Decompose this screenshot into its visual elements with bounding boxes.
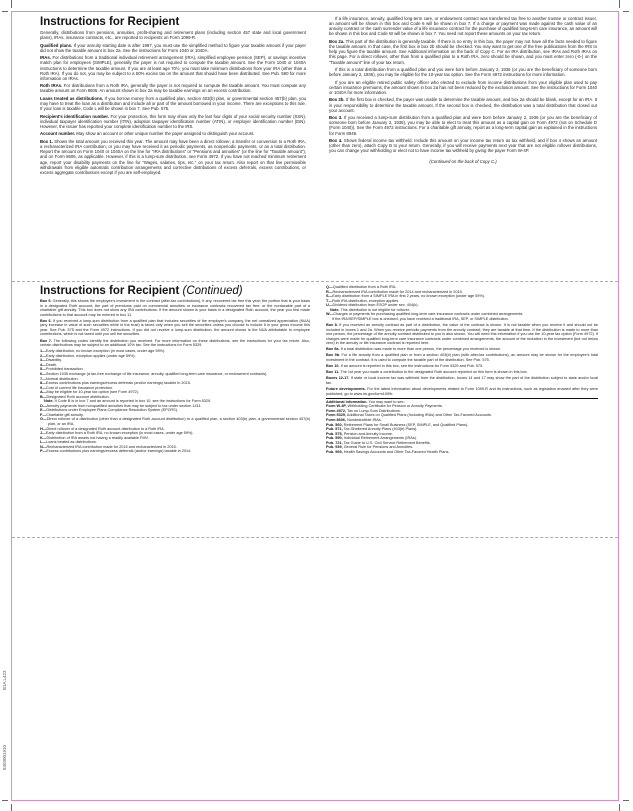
code-description: Annuity payments from nonqualified annui…	[47, 404, 202, 408]
continued-title-text: Instructions for Recipient	[40, 285, 179, 297]
top-left-column: Instructions for Recipient Generally, di…	[40, 16, 306, 177]
distribution-code: G—Direct rollover of a distribution (oth…	[40, 417, 310, 426]
reference-title: Individual Retirement Arrangements (IRAs…	[343, 436, 417, 440]
code-description: Charges or payments for purchasing quali…	[333, 312, 523, 316]
code-letter: G—	[40, 417, 47, 421]
reference-name: Form 5329,	[326, 413, 346, 417]
code-description: May be eligible for 10-year tax option (…	[47, 390, 139, 394]
paragraph: Qualified plans. If your annuity startin…	[40, 43, 306, 53]
code-description: Recharacterized IRA contribution made fo…	[47, 445, 177, 449]
paragraph: Boxes 12-17. If state or local income ta…	[326, 376, 598, 385]
reference-name: Form 8606,	[326, 418, 346, 422]
reference-name: Form W-4P,	[326, 404, 347, 408]
paragraph: If a life insurance, annuity, qualified …	[329, 16, 597, 37]
paragraph-text: If an amount is reported in this box, se…	[340, 364, 484, 368]
paragraph-heading: Box 5.	[40, 299, 51, 303]
reference-title: General Rule for Pensions and Annuities.	[343, 445, 414, 449]
crop-mark-top-left	[11, 0, 12, 8]
paragraph-text: For distributions from a traditional ind…	[40, 55, 306, 81]
paragraph-heading: Box 6.	[40, 319, 52, 323]
paragraph-text: If the IRA/SEP/SIMPLE box is checked, yo…	[332, 317, 509, 321]
paragraph-heading: Box 11.	[326, 370, 339, 374]
paragraph-heading: Box 9b.	[326, 353, 340, 357]
reference-name: Pub. 590,	[326, 436, 343, 440]
additional-information: Additional information. You may want to …	[326, 400, 598, 455]
code-letter: Q—	[326, 285, 333, 289]
crop-mark-top-right	[619, 0, 620, 8]
code-description: Cost of current life insurance protectio…	[46, 386, 113, 390]
paragraph-text: If a life insurance, annuity, qualified …	[329, 16, 597, 36]
note-label: Note.	[330, 308, 340, 312]
distribution-code: P—Excess contributions plus earnings/exc…	[40, 449, 310, 454]
code-description: Early distribution, exception applies (u…	[46, 354, 136, 358]
page-title: Instructions for Recipient	[40, 16, 306, 29]
paragraph-text: Shows federal income tax withheld. Inclu…	[329, 138, 597, 153]
paragraph: Box 2b. If the first box is checked, the…	[329, 97, 597, 112]
paragraph: Generally, distributions from pensions, …	[40, 30, 306, 40]
reference-title: Health Savings Accounts and Other Tax-Fa…	[343, 450, 450, 454]
paragraph: If this is a total distribution from a q…	[329, 67, 597, 77]
code-description: Normal distribution.	[46, 377, 79, 381]
code-description: Direct rollover of a designated Roth acc…	[47, 427, 165, 431]
code-description: Prohibited transaction.	[46, 367, 84, 371]
code-description: Dividend distribution from ESOP under se…	[333, 303, 419, 307]
paragraph: If you are an eligible retired public sa…	[329, 80, 597, 95]
paragraph-heading: Future developments.	[326, 387, 366, 391]
paragraph-text: If a total distribution was made to more…	[340, 347, 502, 351]
code-description: Early distribution from a Roth IRA, no k…	[46, 431, 194, 435]
paragraph: Box 11. The 1st year you made a contribu…	[326, 370, 598, 375]
note-text: If Code B is in box 7 and an amount is r…	[54, 399, 212, 403]
paragraph-heading: Box 10.	[326, 364, 340, 368]
paragraph: If the IRA/SEP/SIMPLE box is checked, yo…	[326, 317, 598, 322]
crop-mark-bottom-right	[619, 804, 620, 811]
form-number-vertical: 8403001910	[2, 745, 7, 770]
code-description: Early distribution from a SIMPLE IRA in …	[332, 294, 485, 298]
paragraph-text: If this is a total distribution from a q…	[329, 67, 597, 77]
note-text: This distribution is not eligible for ro…	[340, 308, 410, 312]
paragraph: Box 1. Shows the total amount you receiv…	[40, 139, 306, 175]
reference-name: Pub. 969,	[326, 450, 343, 454]
crop-mark-bottom-left	[11, 804, 12, 811]
code-description: Loans treated as distributions.	[46, 440, 97, 444]
paragraph: Box 7. The following codes identify the …	[40, 339, 310, 348]
paragraph-heading: Box 9a.	[326, 347, 340, 351]
paragraph-heading: Box 7.	[40, 339, 52, 343]
paragraph-heading: Boxes 12-17.	[326, 376, 349, 380]
paragraph: Box 5. Generally, this shows the employe…	[40, 299, 310, 317]
reference-name: Pub. 571,	[326, 427, 343, 431]
form-code-vertical: B1A L423	[2, 670, 7, 690]
reference-name: Pub. 939,	[326, 445, 343, 449]
reference-name: Form 4972,	[326, 409, 346, 413]
reference-title: Additional Taxes on Qualified Plans (Inc…	[346, 413, 492, 417]
paragraph: IRAs. For distributions from a tradition…	[40, 55, 306, 81]
crop-mark-top-right-h	[623, 11, 629, 12]
reference-name: Pub. 560,	[326, 423, 343, 427]
code-description: Distributions under Employee Plans Compl…	[46, 408, 178, 412]
paragraph-text: Generally, distributions from pensions, …	[40, 30, 306, 40]
paragraph-text: If you received a lump-sum distribution …	[40, 319, 310, 337]
reference-title: Tax on Lump-Sum Distributions.	[346, 409, 401, 413]
code-description: Direct rollover of a distribution (other…	[47, 417, 310, 426]
bottom-left-column: Instructions for Recipient (Continued) B…	[40, 285, 310, 454]
paragraph-text: If your annuity starting date is after 1…	[40, 43, 306, 53]
paragraph-text: For a life annuity from a qualified plan…	[326, 353, 598, 362]
paragraph-text: If you are an eligible retired public sa…	[329, 80, 597, 95]
additional-info-label: Additional information.	[326, 400, 368, 404]
perforation-line-1	[12, 281, 618, 282]
crop-mark-top-left-h	[2, 11, 8, 12]
paragraph-text: If state or local income tax was withhel…	[326, 376, 598, 385]
code-description: Recharacterized IRA contribution made fo…	[333, 290, 463, 294]
code-description: Roth IRA distribution, exception applies…	[332, 299, 399, 303]
note-label: Note.	[44, 399, 54, 403]
paragraph-text: May show an account or other unique numb…	[75, 131, 254, 136]
paragraph: Box 6. If you received a lump-sum distri…	[40, 319, 310, 337]
paragraph: Box 8. If you received an annuity contra…	[326, 323, 598, 346]
code-description: Excess contributions plus earnings/exces…	[46, 449, 191, 453]
crop-mark-bottom-left-h	[2, 800, 8, 801]
paragraph-text: For distributions from a Roth IRA, gener…	[40, 83, 306, 93]
perforation-line-2	[12, 537, 618, 538]
paragraph-text: If you received a lump-sum distribution …	[329, 115, 597, 135]
code-description: Disability.	[46, 358, 62, 362]
code-description: Charitable gift annuity.	[46, 413, 84, 417]
paragraph-text: For the latest information about develop…	[326, 387, 598, 396]
paragraph-heading: Account number.	[40, 131, 75, 136]
continued-title: Instructions for Recipient (Continued)	[40, 285, 310, 298]
paragraph: Box 9a. If a total distribution was made…	[326, 347, 598, 352]
paragraph-text: If the first box is checked, the payer w…	[329, 97, 597, 112]
reference-title: Tax Guide to U.S. Civil Service Retireme…	[343, 441, 431, 445]
code-description: Death.	[46, 363, 57, 367]
paragraph: Loans treated as distributions. If you b…	[40, 96, 306, 111]
reference-title: Retirement Plans for Small Business (SEP…	[343, 423, 469, 427]
bottom-right-column: Q—Qualified distribution from a Roth IRA…	[326, 285, 598, 454]
section-rule	[326, 398, 598, 399]
code-description: Distribution of IRA assets not having a …	[47, 436, 149, 440]
paragraph: Future developments. For the latest info…	[326, 387, 598, 396]
paragraph: Box 4. Shows federal income tax withheld…	[329, 138, 597, 153]
top-right-column: If a life insurance, annuity, qualified …	[329, 16, 597, 164]
code-description: Qualified distribution from a Roth IRA.	[333, 285, 397, 289]
paragraph-heading: Box 8.	[326, 323, 338, 327]
paragraph: Account number. May show an account or o…	[40, 131, 306, 136]
crop-mark-bottom-right-h	[623, 800, 629, 801]
code-description: Designated Roth account distribution.	[47, 395, 110, 399]
paragraph: Roth IRAs. For distributions from a Roth…	[40, 83, 306, 93]
paragraph-text: Shows the total amount you received this…	[40, 139, 306, 175]
paragraph-text: If you received an annuity contract as p…	[326, 323, 598, 345]
paragraph: Box 9b. For a life annuity from a qualif…	[326, 353, 598, 362]
reference-title: Tax-Sheltered Annuity Plans (403(b) Plan…	[343, 427, 418, 431]
code-description: Early distribution, no known exception (…	[46, 349, 165, 353]
code-description: Section 1035 exchange (a tax-free exchan…	[46, 372, 268, 376]
paragraph-text: Generally, this shows the employee's inv…	[40, 299, 310, 317]
reference-title: Withholding Certificate for Pension or A…	[347, 404, 443, 408]
reference-name: Pub. 721,	[326, 441, 343, 445]
reference-title: Nondeductible IRAs.	[346, 418, 382, 422]
paragraph-text: The 1st year you made a contribution to …	[339, 370, 527, 374]
reference-item: Pub. 969, Health Savings Accounts and Ot…	[326, 450, 598, 455]
paragraph-text: The following codes identify the distrib…	[40, 339, 310, 348]
reference-title: Pension and Annuity Income.	[343, 432, 393, 436]
paragraph: Box 3. If you received a lump-sum distri…	[329, 115, 597, 136]
paragraph: Recipient's identification number. For y…	[40, 114, 306, 129]
paragraph-text: This part of the distribution is general…	[329, 39, 597, 65]
continued-title-suffix: (Continued)	[183, 285, 243, 297]
paragraph: Box 2a. This part of the distribution is…	[329, 39, 597, 65]
additional-info-intro: You may want to see:	[368, 400, 405, 404]
code-description: Excess contributions plus earnings/exces…	[46, 381, 191, 385]
continued-note: (Continued on the back of Copy C.)	[329, 159, 597, 164]
paragraph: Box 10. If an amount is reported in this…	[326, 364, 598, 369]
reference-name: Pub. 575,	[326, 432, 343, 436]
